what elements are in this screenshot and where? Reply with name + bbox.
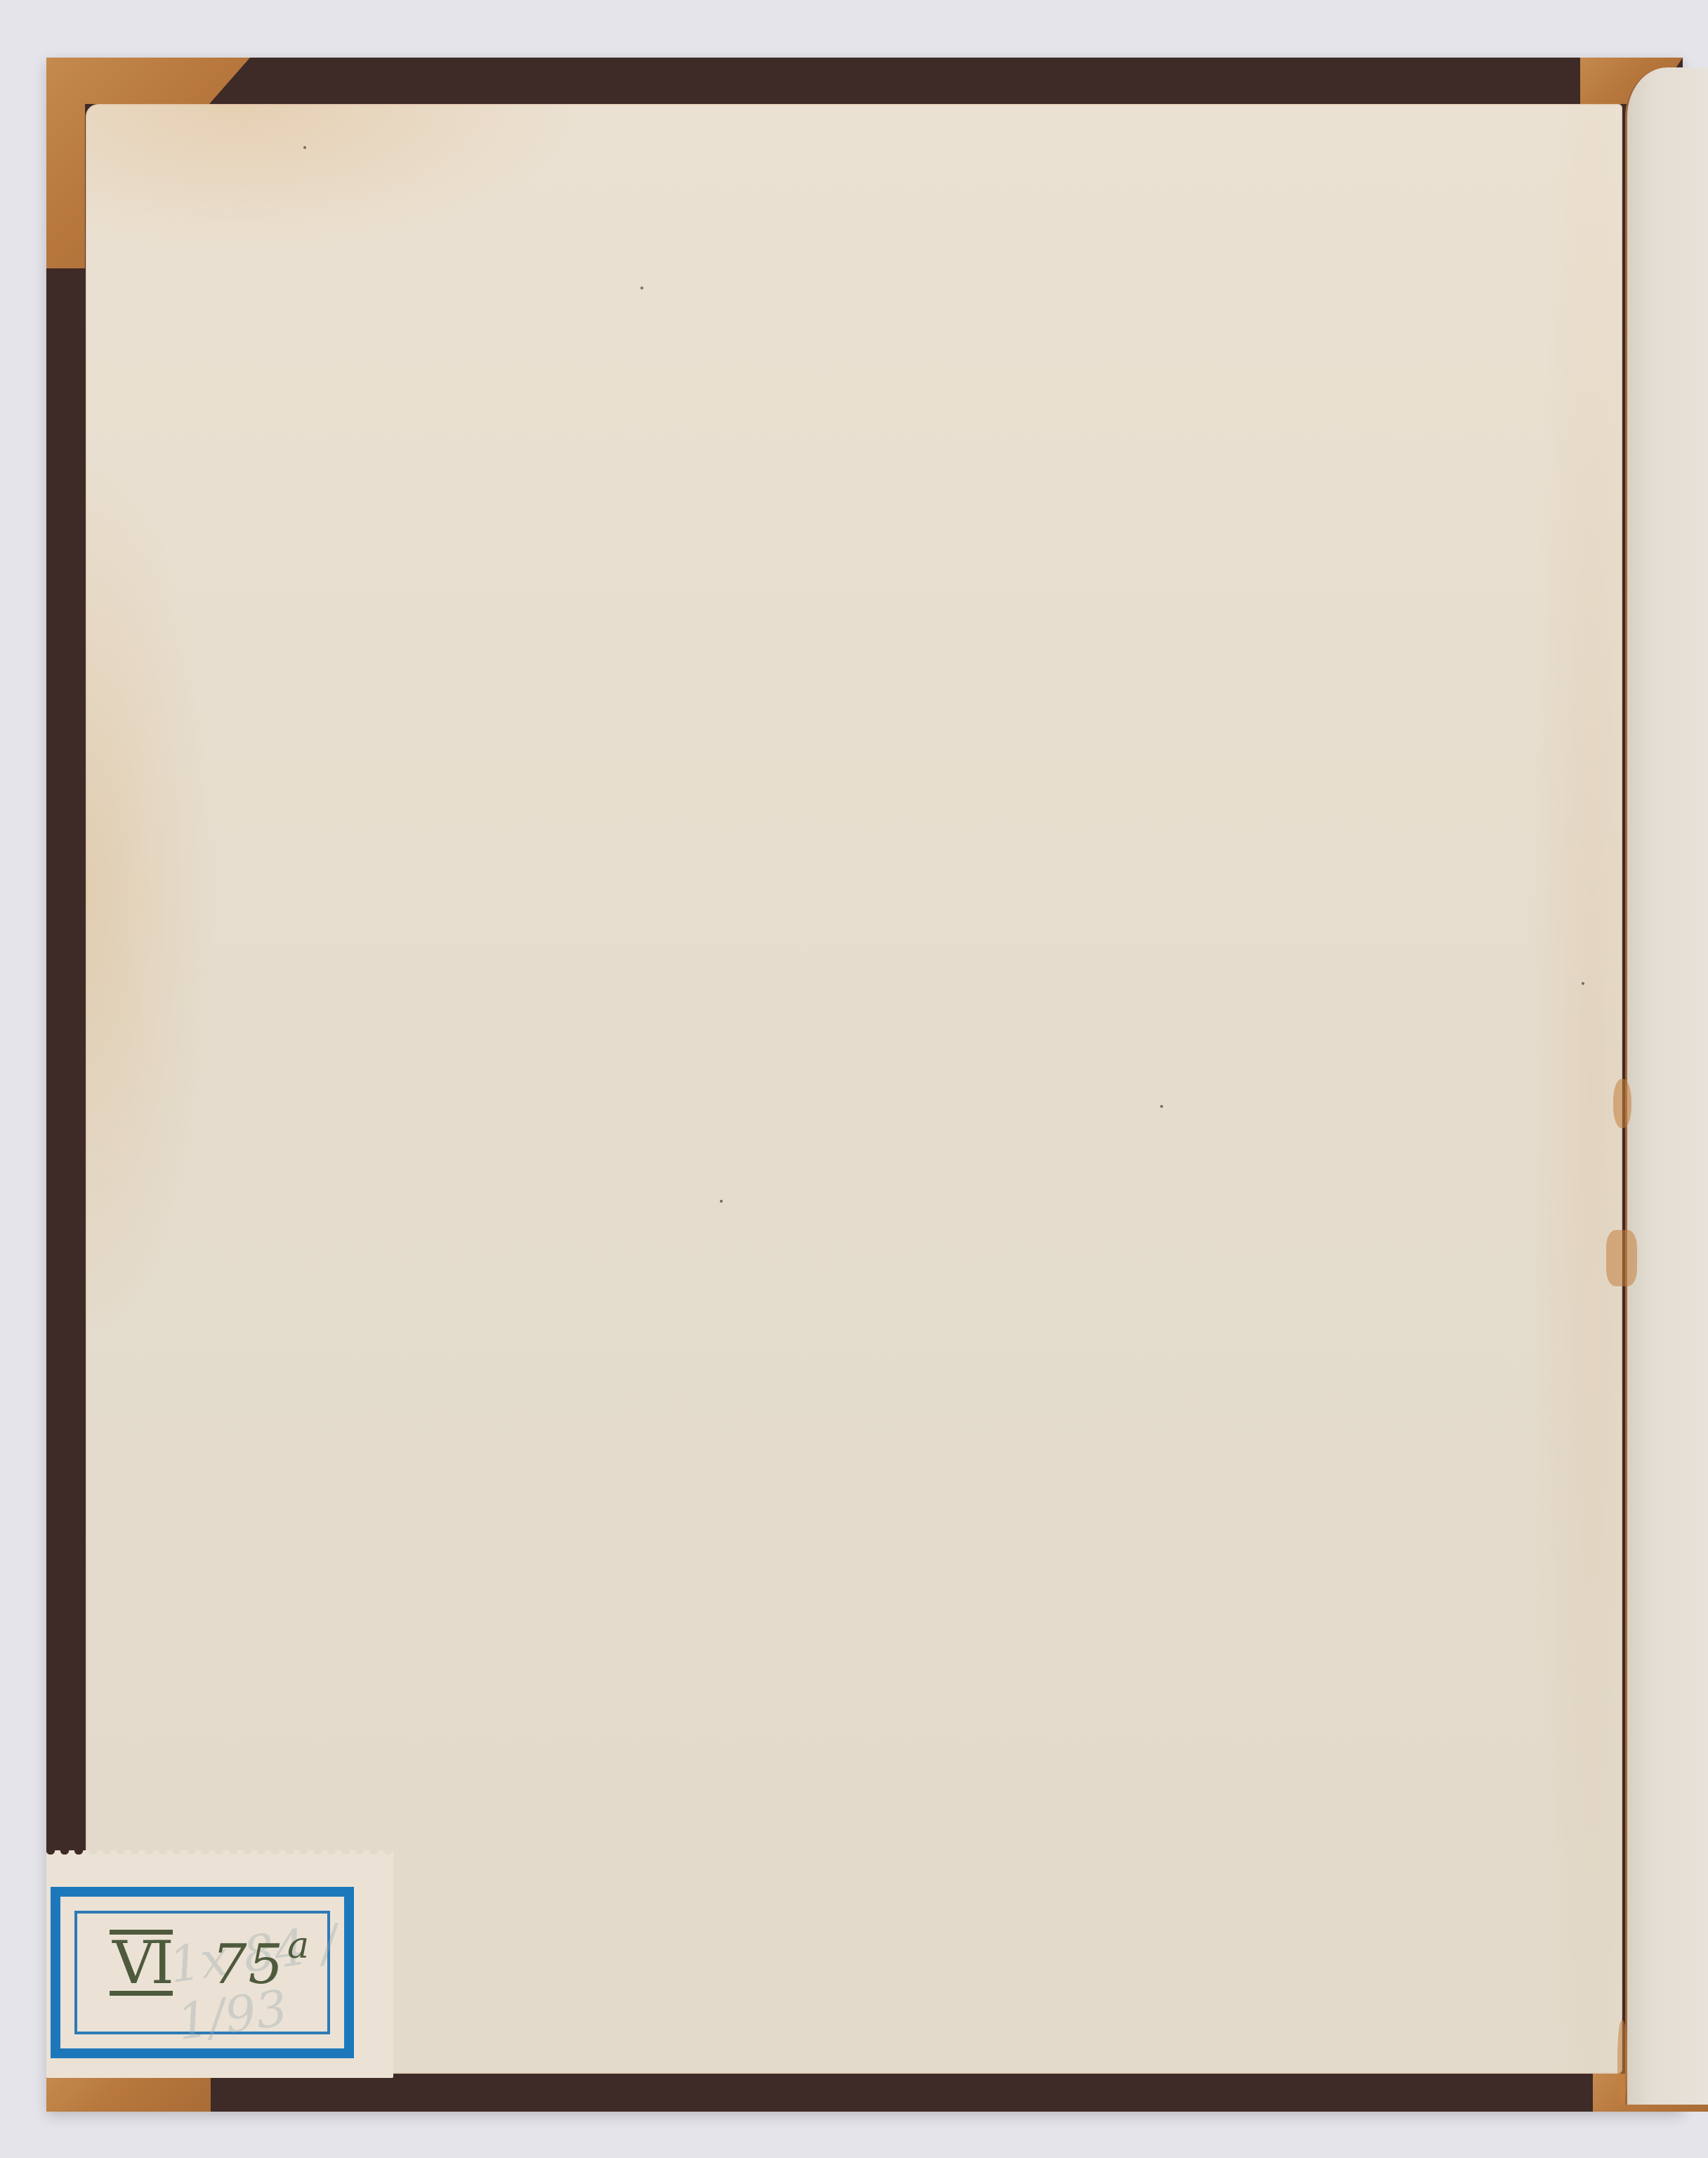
speck — [303, 146, 306, 149]
turned-page-edge — [1625, 67, 1708, 2105]
tape-stain — [1606, 1230, 1637, 1286]
label-frame-outer: 1x 84 / 1/93 VI75a — [51, 1887, 354, 2058]
tape-stain — [1613, 1079, 1631, 1128]
library-shelf-label: 1x 84 / 1/93 VI75a — [46, 1855, 393, 2078]
tape-stain — [1617, 2020, 1627, 2105]
label-shelfmark: VI75a — [110, 1925, 310, 1996]
speck — [720, 1200, 723, 1203]
speck — [640, 287, 643, 289]
label-suffix: a — [287, 1925, 310, 1967]
corner-bottom-left — [46, 2074, 211, 2112]
pastedown-paper — [86, 104, 1622, 2074]
label-number: 75 — [212, 1933, 284, 1996]
speck — [1160, 1105, 1163, 1108]
speck — [1582, 982, 1584, 985]
label-roman-numeral: VI — [110, 1930, 173, 1996]
